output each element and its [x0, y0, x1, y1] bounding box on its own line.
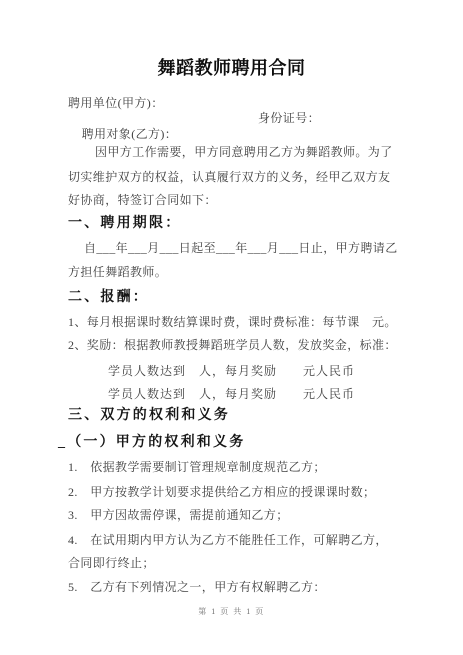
pay-bonus-line-2: 学员人数达到 人，每月奖励 元人民币 [108, 386, 355, 402]
contract-page: 舞蹈教师聘用合同 聘用单位(甲方)： 聘用对象(乙方)： 身份证号： 因甲方工作… [0, 0, 463, 655]
term-line-2: 方担任舞蹈教师。 [68, 264, 167, 280]
preamble-line-3: 好协商，特签订合同如下： [68, 192, 217, 208]
pay-item-2: 2、奖励：根据教师教授舞蹈班学员人数，发放奖金，标准： [68, 337, 397, 353]
party-a-label: 聘用单位(甲方)： [68, 95, 164, 111]
rights-item-3: 3. 甲方因故需停课，需提前通知乙方； [68, 507, 289, 523]
term-line-1: 自___年___月___日起至___年___月___日止，甲方聘请乙 [84, 240, 398, 256]
preamble-line-1: 因甲方工作需要，甲方同意聘用乙方为舞蹈教师。为了 [95, 144, 393, 160]
section-rights-subheading: _（一）甲方的权利和义务 [58, 434, 245, 452]
party-b-row: 聘用对象(乙方)： 身份证号： [68, 110, 177, 174]
rights-item-4-line-2: 合同即行终止； [68, 555, 155, 571]
rights-item-1: 1. 依据教学需要制订管理规章制度规范乙方； [68, 459, 326, 475]
pay-item-1: 1、每月根据课时数结算课时费，课时费标准：每节课 元。 [68, 314, 397, 330]
page-number-indicator: 第 1 页 共 1 页 [0, 606, 463, 618]
preamble-line-2: 切实维护双方的权益，认真履行双方的义务，经甲乙双方友 [68, 169, 390, 185]
rights-item-2: 2. 甲方按教学计划要求提供给乙方相应的授课课时数； [68, 484, 375, 500]
section-pay-heading: 二、报酬： [68, 289, 149, 307]
section-rights-heading: 三、双方的权利和义务 [68, 407, 230, 425]
party-b-label: 聘用对象(乙方)： [82, 127, 178, 141]
document-title: 舞蹈教师聘用合同 [0, 56, 463, 80]
pay-bonus-line-1: 学员人数达到 人，每月奖励 元人民币 [108, 363, 355, 379]
id-number-label: 身份证号： [258, 110, 320, 126]
section-term-heading: 一、聘用期限： [68, 215, 181, 233]
rights-item-5: 5. 乙方有下列情况之一，甲方有权解聘乙方： [68, 579, 326, 595]
rights-item-4-line-1: 4. 在试用期内甲方认为乙方不能胜任工作，可解聘乙方， [68, 532, 388, 548]
